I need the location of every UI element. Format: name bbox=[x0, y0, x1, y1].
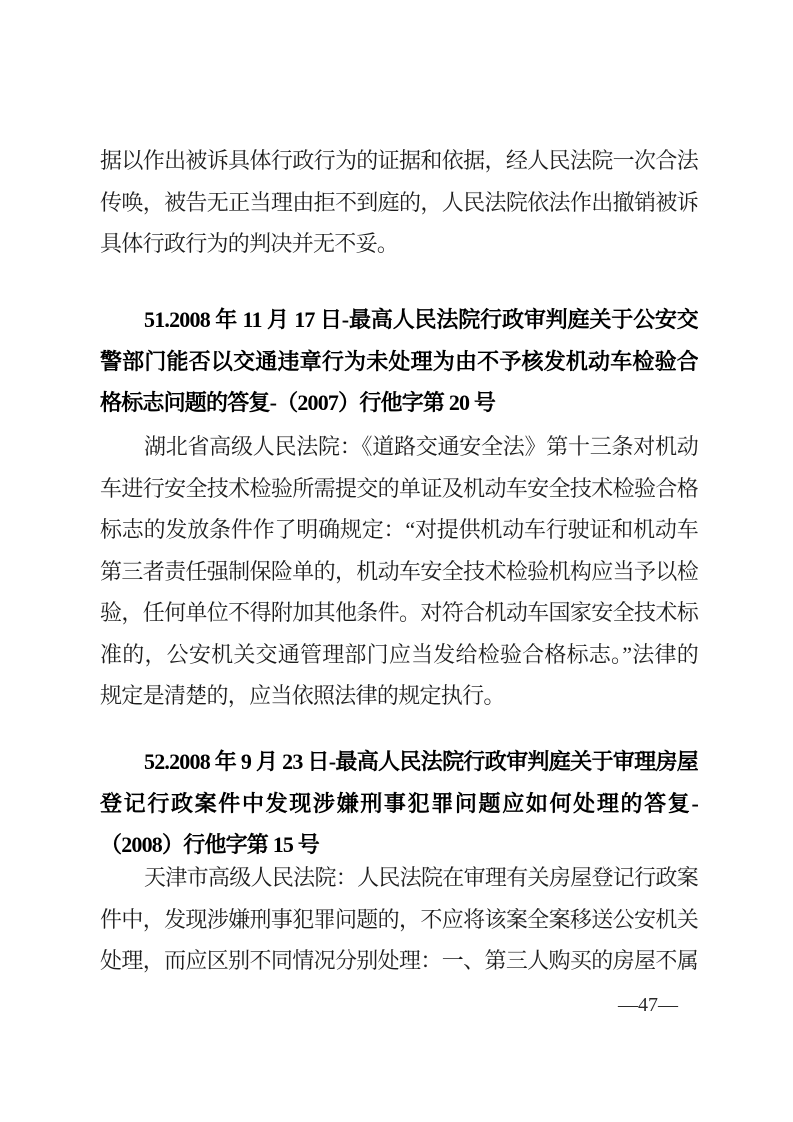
text-line: 天津市高级人民法院：人民法院在审理有关房屋登记行政案 bbox=[100, 857, 698, 899]
text-line: 据以作出被诉具体行政行为的证据和依据，经人民法院一次合法 bbox=[100, 140, 698, 182]
text-line: 湖北省高级人民法院：《道路交通安全法》第十三条对机动 bbox=[100, 426, 698, 468]
text-line: 验，任何单位不得附加其他条件。对符合机动车国家安全技术标 bbox=[100, 592, 698, 634]
section-51-body: 湖北省高级人民法院：《道路交通安全法》第十三条对机动 车进行安全技术检验所需提交… bbox=[100, 426, 698, 717]
text-line: 处理，而应区别不同情况分别处理：一、第三人购买的房屋不属 bbox=[100, 940, 698, 982]
document-page: 据以作出被诉具体行政行为的证据和依据，经人民法院一次合法 传唤，被告无正当理由拒… bbox=[0, 0, 793, 1122]
section-51-heading: 51.2008 年 11 月 17 日-最高人民法院行政审判庭关于公安交 警部门… bbox=[100, 299, 698, 424]
heading-line: 格标志问题的答复-（2007）行他字第 20 号 bbox=[100, 382, 698, 424]
heading-line: 51.2008 年 11 月 17 日-最高人民法院行政审判庭关于公安交 bbox=[100, 299, 698, 341]
heading-line: 52.2008 年 9 月 23 日-最高人民法院行政审判庭关于审理房屋 bbox=[100, 741, 698, 783]
text-line: 标志的发放条件作了明确规定：“对提供机动车行驶证和机动车 bbox=[100, 509, 698, 551]
heading-line: 警部门能否以交通违章行为未处理为由不予核发机动车检验合 bbox=[100, 341, 698, 383]
text-line: 规定是清楚的，应当依照法律的规定执行。 bbox=[100, 675, 698, 717]
continuation-paragraph: 据以作出被诉具体行政行为的证据和依据，经人民法院一次合法 传唤，被告无正当理由拒… bbox=[100, 140, 698, 265]
text-line: 准的，公安机关交通管理部门应当发给检验合格标志。”法律的 bbox=[100, 634, 698, 676]
section-52-heading: 52.2008 年 9 月 23 日-最高人民法院行政审判庭关于审理房屋 登记行… bbox=[100, 741, 698, 866]
page-number: —47— bbox=[618, 994, 678, 1017]
text-line: 具体行政行为的判决并无不妥。 bbox=[100, 223, 698, 265]
text-line: 第三者责任强制保险单的，机动车安全技术检验机构应当予以检 bbox=[100, 551, 698, 593]
text-line: 传唤，被告无正当理由拒不到庭的，人民法院依法作出撤销被诉 bbox=[100, 182, 698, 224]
text-line: 件中，发现涉嫌刑事犯罪问题的，不应将该案全案移送公安机关 bbox=[100, 899, 698, 941]
section-52-body: 天津市高级人民法院：人民法院在审理有关房屋登记行政案 件中，发现涉嫌刑事犯罪问题… bbox=[100, 857, 698, 982]
text-line: 车进行安全技术检验所需提交的单证及机动车安全技术检验合格 bbox=[100, 468, 698, 510]
heading-line: 登记行政案件中发现涉嫌刑事犯罪问题应如何处理的答复- bbox=[100, 783, 698, 825]
